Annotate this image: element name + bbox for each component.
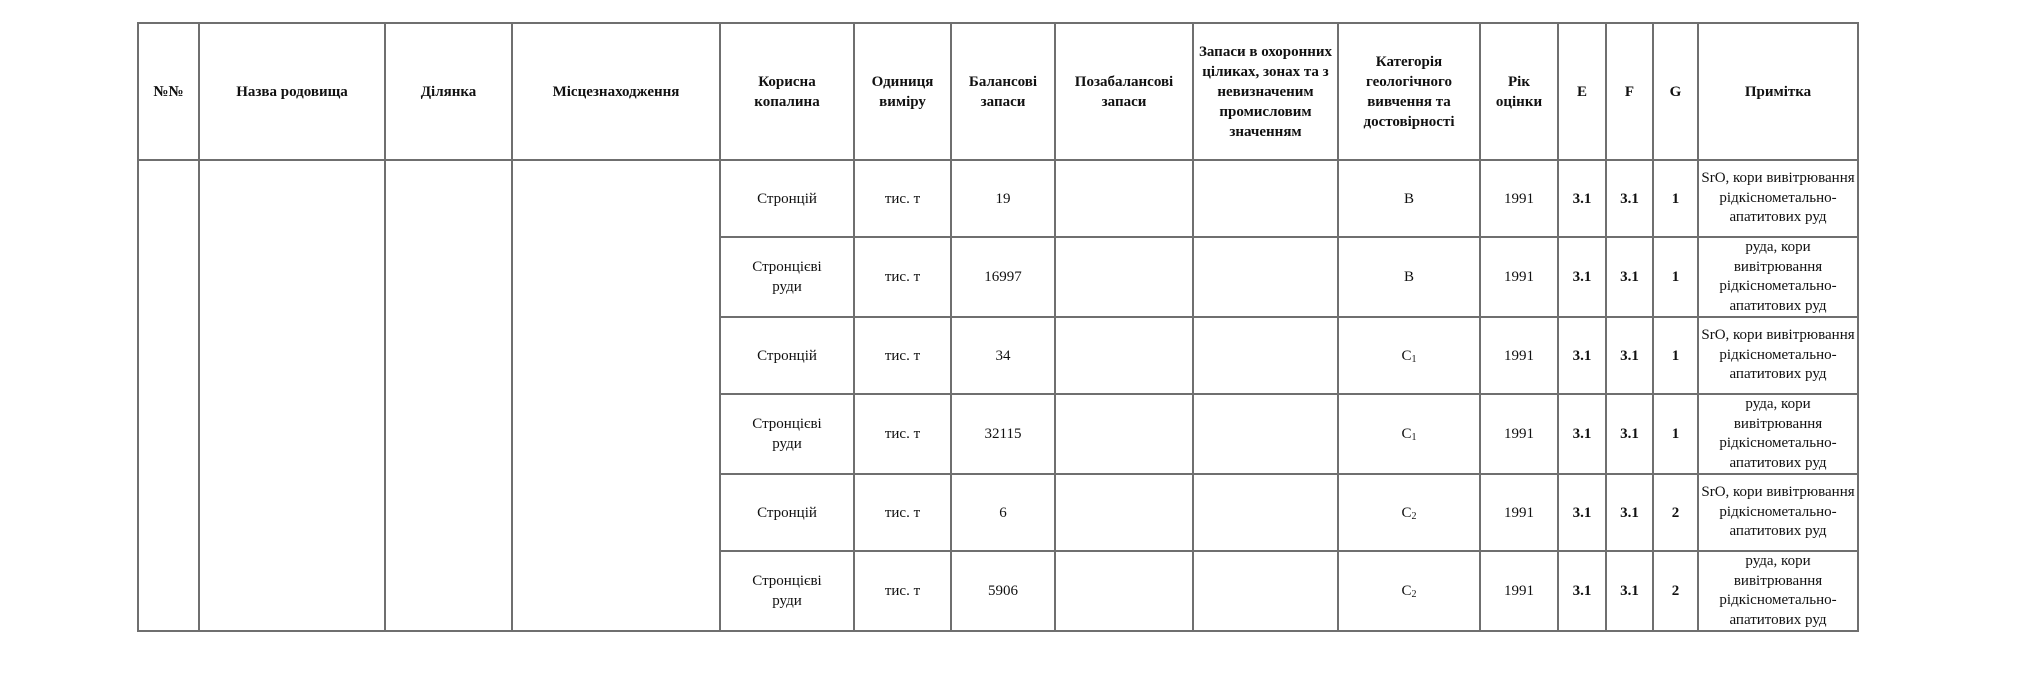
f-cell: 3.1: [1606, 474, 1653, 551]
note-cell: руда, кори вивітрювання рідкіснометально…: [1698, 237, 1858, 317]
category-subscript: 1: [1412, 354, 1417, 365]
off-balance-reserves-cell: [1055, 317, 1193, 394]
protected-reserves-cell: [1193, 237, 1338, 317]
g-cell: 1: [1653, 160, 1698, 237]
category-subscript: 2: [1412, 511, 1417, 522]
year-cell: 1991: [1480, 317, 1558, 394]
year-cell: 1991: [1480, 474, 1558, 551]
category-cell: C2: [1338, 474, 1480, 551]
off-balance-reserves-cell: [1055, 237, 1193, 317]
off-balance-reserves-cell: [1055, 394, 1193, 474]
e-cell: 3.1: [1558, 474, 1606, 551]
protected-reserves-cell: [1193, 317, 1338, 394]
e-cell: 3.1: [1558, 237, 1606, 317]
g-cell: 2: [1653, 474, 1698, 551]
e-cell: 3.1: [1558, 317, 1606, 394]
g-cell: 1: [1653, 237, 1698, 317]
header-site: Ділянка: [385, 23, 512, 160]
e-cell: 3.1: [1558, 551, 1606, 631]
protected-reserves-cell: [1193, 160, 1338, 237]
mineral-cell: Стронцієві руди: [720, 551, 854, 631]
header-f: F: [1606, 23, 1653, 160]
unit-cell: тис. т: [854, 474, 951, 551]
header-category: Категорія геологічного вивчення та досто…: [1338, 23, 1480, 160]
header-protected-reserves: Запаси в охоронних ціликах, зонах та з н…: [1193, 23, 1338, 160]
g-cell: 1: [1653, 317, 1698, 394]
balance-reserves-cell: 6: [951, 474, 1055, 551]
protected-reserves-cell: [1193, 394, 1338, 474]
unit-cell: тис. т: [854, 237, 951, 317]
header-g: G: [1653, 23, 1698, 160]
g-cell: 1: [1653, 394, 1698, 474]
protected-reserves-cell: [1193, 551, 1338, 631]
f-cell: 3.1: [1606, 237, 1653, 317]
unit-cell: тис. т: [854, 160, 951, 237]
header-e: E: [1558, 23, 1606, 160]
off-balance-reserves-cell: [1055, 474, 1193, 551]
note-cell: SrO, кори вивітрювання рідкіснометально-…: [1698, 160, 1858, 237]
deposit-name-cell: [199, 160, 385, 631]
header-year: Рік оцінки: [1480, 23, 1558, 160]
unit-cell: тис. т: [854, 551, 951, 631]
mineral-cell: Стронцієві руди: [720, 394, 854, 474]
category-letter: C: [1401, 505, 1411, 521]
number-cell: [138, 160, 199, 631]
header-number: №№: [138, 23, 199, 160]
category-cell: B: [1338, 237, 1480, 317]
mineral-cell: Стронцій: [720, 160, 854, 237]
category-letter: C: [1401, 348, 1411, 364]
category-cell: B: [1338, 160, 1480, 237]
header-mineral: Корисна копалина: [720, 23, 854, 160]
category-cell: C2: [1338, 551, 1480, 631]
mineral-cell: Стронцій: [720, 317, 854, 394]
year-cell: 1991: [1480, 160, 1558, 237]
header-location: Місцезнаходження: [512, 23, 720, 160]
header-row: №№ Назва родовища Ділянка Місцезнаходжен…: [138, 23, 1858, 160]
header-deposit-name: Назва родовища: [199, 23, 385, 160]
category-letter: C: [1401, 583, 1411, 599]
note-cell: руда, кори вивітрювання рідкіснометально…: [1698, 551, 1858, 631]
year-cell: 1991: [1480, 551, 1558, 631]
category-subscript: 2: [1412, 589, 1417, 600]
site-cell: [385, 160, 512, 631]
header-note: Примітка: [1698, 23, 1858, 160]
category-cell: C1: [1338, 317, 1480, 394]
balance-reserves-cell: 32115: [951, 394, 1055, 474]
note-cell: руда, кори вивітрювання рідкіснометально…: [1698, 394, 1858, 474]
category-letter: C: [1401, 426, 1411, 442]
f-cell: 3.1: [1606, 160, 1653, 237]
g-cell: 2: [1653, 551, 1698, 631]
header-unit: Одиниця виміру: [854, 23, 951, 160]
off-balance-reserves-cell: [1055, 551, 1193, 631]
unit-cell: тис. т: [854, 394, 951, 474]
balance-reserves-cell: 5906: [951, 551, 1055, 631]
category-letter: B: [1404, 191, 1414, 207]
e-cell: 3.1: [1558, 394, 1606, 474]
f-cell: 3.1: [1606, 551, 1653, 631]
balance-reserves-cell: 16997: [951, 237, 1055, 317]
f-cell: 3.1: [1606, 394, 1653, 474]
category-letter: B: [1404, 269, 1414, 285]
balance-reserves-cell: 34: [951, 317, 1055, 394]
year-cell: 1991: [1480, 237, 1558, 317]
reserves-table: №№ Назва родовища Ділянка Місцезнаходжен…: [137, 22, 1859, 632]
balance-reserves-cell: 19: [951, 160, 1055, 237]
f-cell: 3.1: [1606, 317, 1653, 394]
category-subscript: 1: [1412, 432, 1417, 443]
table-row: Стронційтис. т19B19913.13.11SrO, кори ви…: [138, 160, 1858, 237]
e-cell: 3.1: [1558, 160, 1606, 237]
off-balance-reserves-cell: [1055, 160, 1193, 237]
protected-reserves-cell: [1193, 474, 1338, 551]
year-cell: 1991: [1480, 394, 1558, 474]
mineral-cell: Стронцій: [720, 474, 854, 551]
mineral-cell: Стронцієві руди: [720, 237, 854, 317]
note-cell: SrO, кори вивітрювання рідкіснометально-…: [1698, 474, 1858, 551]
note-cell: SrO, кори вивітрювання рідкіснометально-…: [1698, 317, 1858, 394]
location-cell: [512, 160, 720, 631]
category-cell: C1: [1338, 394, 1480, 474]
unit-cell: тис. т: [854, 317, 951, 394]
header-balance-reserves: Балансові запаси: [951, 23, 1055, 160]
header-off-balance-reserves: Позабалансові запаси: [1055, 23, 1193, 160]
